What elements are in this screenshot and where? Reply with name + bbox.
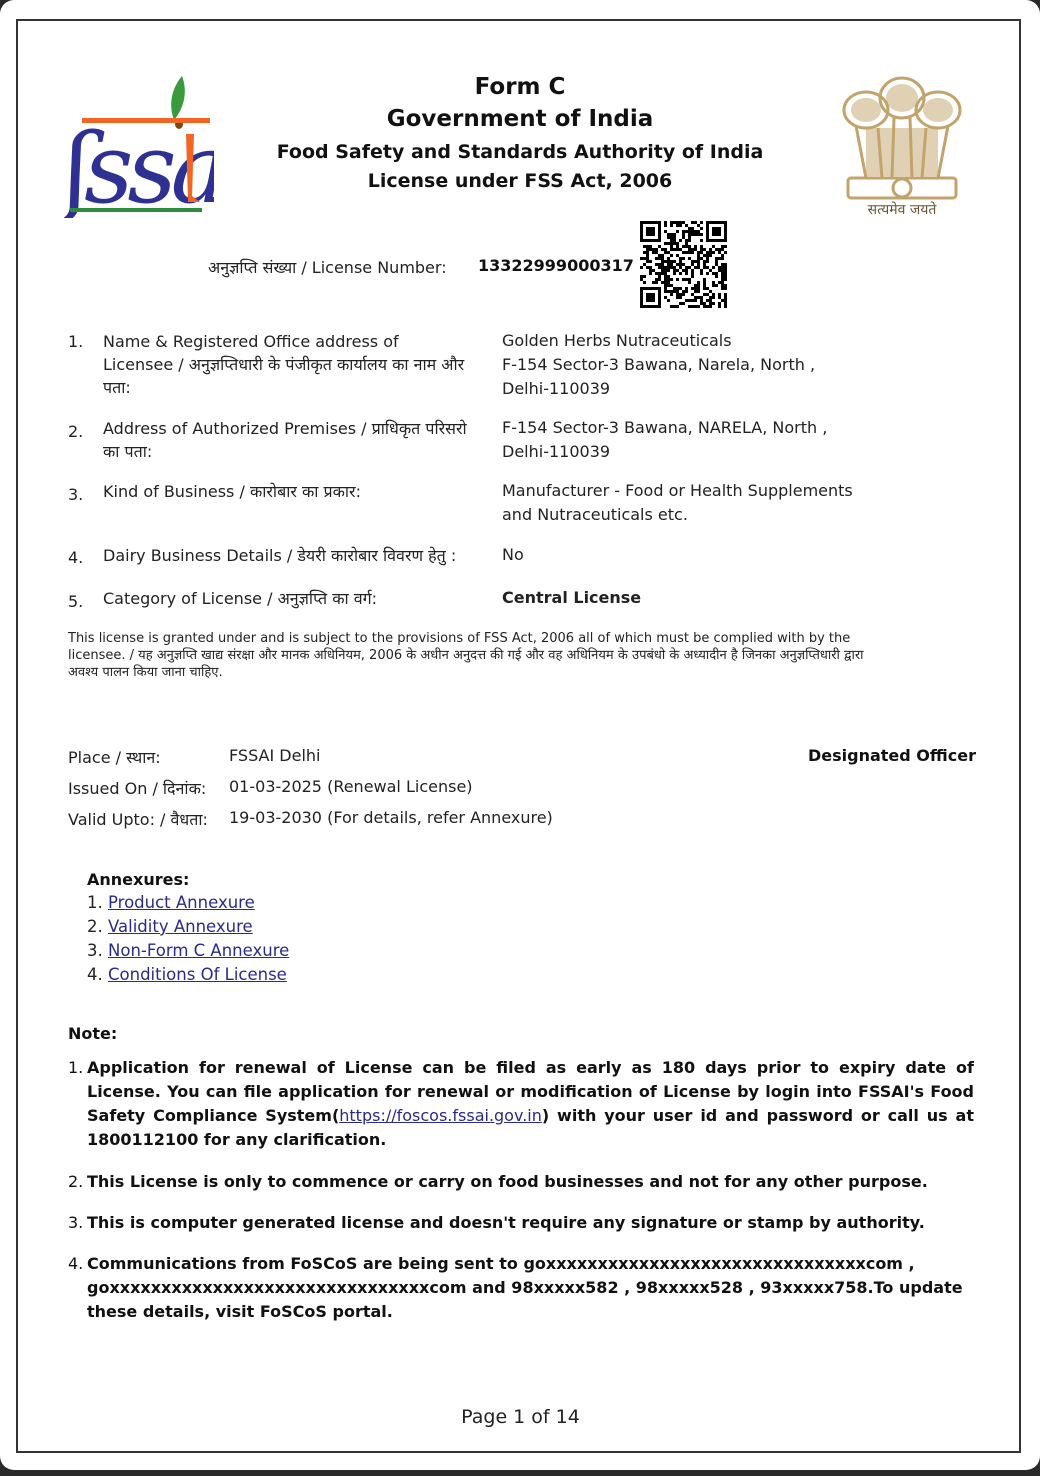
item-2-label: Address of Authorized Premises / प्राधिक… xyxy=(103,417,473,463)
issued-label: Issued On / दिनांक: xyxy=(68,777,206,799)
note-1: 1. Application for renewal of License ca… xyxy=(68,1056,974,1152)
item-3-label: Kind of Business / कारोबार का प्रकार: xyxy=(103,480,473,503)
government-title: Government of India xyxy=(260,106,780,132)
item-2-number: 2. xyxy=(68,422,83,441)
item-5-number: 5. xyxy=(68,592,83,611)
item-1-label: Name & Registered Office address of Lice… xyxy=(103,330,473,399)
national-emblem-icon: सत्यमेव जयते xyxy=(826,68,978,218)
annexure-number: 1. xyxy=(87,893,103,912)
note-3: 3. This is computer generated license an… xyxy=(68,1211,974,1235)
note-4: 4. Communications from FoSCoS are being … xyxy=(68,1252,974,1324)
note-text: This is computer generated license and d… xyxy=(87,1211,925,1235)
note-number: 3. xyxy=(68,1211,87,1235)
item-4-value: No xyxy=(502,543,882,567)
item-4-number: 4. xyxy=(68,548,83,567)
place-value: FSSAI Delhi xyxy=(229,746,320,765)
note-text: This License is only to commence or carr… xyxy=(87,1170,928,1194)
license-number-label: अनुज्ञप्ति संख्या / License Number: xyxy=(208,256,447,278)
licensee-address-line-2: Delhi-110039 xyxy=(502,377,882,401)
license-disclaimer: This license is granted under and is sub… xyxy=(68,630,888,681)
document-page: ʃssa Form C Government of India Food Saf… xyxy=(0,0,1040,1470)
licensee-name: Golden Herbs Nutraceuticals xyxy=(502,329,882,353)
form-title: Form C xyxy=(260,74,780,100)
annexure-item: 3. Non-Form C Annexure xyxy=(87,941,289,960)
annexure-item: 4. Conditions Of License xyxy=(87,965,287,984)
note-text: Communications from FoSCoS are being sen… xyxy=(87,1252,974,1324)
act-title: License under FSS Act, 2006 xyxy=(260,170,780,192)
item-1-value: Golden Herbs Nutraceuticals F-154 Sector… xyxy=(502,329,882,401)
valid-label: Valid Upto: / वैधता: xyxy=(68,808,208,830)
note-number: 4. xyxy=(68,1252,87,1324)
note-number: 1. xyxy=(68,1056,87,1152)
business-kind-line-2: and Nutraceuticals etc. xyxy=(502,503,882,527)
designated-officer: Designated Officer xyxy=(808,746,976,765)
note-text: Application for renewal of License can b… xyxy=(87,1056,974,1152)
annexure-number: 3. xyxy=(87,941,103,960)
qr-code[interactable] xyxy=(640,221,727,308)
valid-value: 19-03-2030 (For details, refer Annexure) xyxy=(229,808,553,827)
annexure-number: 2. xyxy=(87,917,103,936)
issued-value: 01-03-2025 (Renewal License) xyxy=(229,777,473,796)
note-2: 2. This License is only to commence or c… xyxy=(68,1170,974,1194)
item-4-label: Dairy Business Details / डेयरी कारोबार व… xyxy=(103,544,493,567)
conditions-of-license-link[interactable]: Conditions Of License xyxy=(108,965,287,984)
annexures-title: Annexures: xyxy=(87,870,189,889)
item-1-number: 1. xyxy=(68,332,83,351)
business-kind-line-1: Manufacturer - Food or Health Supplement… xyxy=(502,479,882,503)
premises-address-line-1: F-154 Sector-3 Bawana, NARELA, North , xyxy=(502,416,882,440)
item-5-label: Category of License / अनुज्ञप्ति का वर्ग… xyxy=(103,587,473,610)
page-number: Page 1 of 14 xyxy=(18,1406,1023,1428)
premises-address-line-2: Delhi-110039 xyxy=(502,440,882,464)
foscos-link[interactable]: https://foscos.fssai.gov.in xyxy=(339,1106,542,1125)
place-label: Place / स्थान: xyxy=(68,746,161,768)
annexure-item: 1. Product Annexure xyxy=(87,893,255,912)
note-title: Note: xyxy=(68,1024,117,1043)
item-2-value: F-154 Sector-3 Bawana, NARELA, North , D… xyxy=(502,416,882,464)
license-number-value: 13322999000317 xyxy=(478,256,634,275)
authority-title: Food Safety and Standards Authority of I… xyxy=(260,141,780,163)
non-form-c-annexure-link[interactable]: Non-Form C Annexure xyxy=(108,941,289,960)
validity-annexure-link[interactable]: Validity Annexure xyxy=(108,917,253,936)
annexure-number: 4. xyxy=(87,965,103,984)
licensee-address-line-1: F-154 Sector-3 Bawana, Narela, North , xyxy=(502,353,882,377)
fssai-logo: ʃssa xyxy=(64,68,214,218)
item-5-value: Central License xyxy=(502,586,882,610)
item-3-value: Manufacturer - Food or Health Supplement… xyxy=(502,479,882,527)
note-number: 2. xyxy=(68,1170,87,1194)
page-border xyxy=(16,19,1021,1453)
svg-text:सत्यमेव जयते: सत्यमेव जयते xyxy=(868,201,938,218)
item-3-number: 3. xyxy=(68,485,83,504)
annexure-item: 2. Validity Annexure xyxy=(87,917,253,936)
product-annexure-link[interactable]: Product Annexure xyxy=(108,893,255,912)
